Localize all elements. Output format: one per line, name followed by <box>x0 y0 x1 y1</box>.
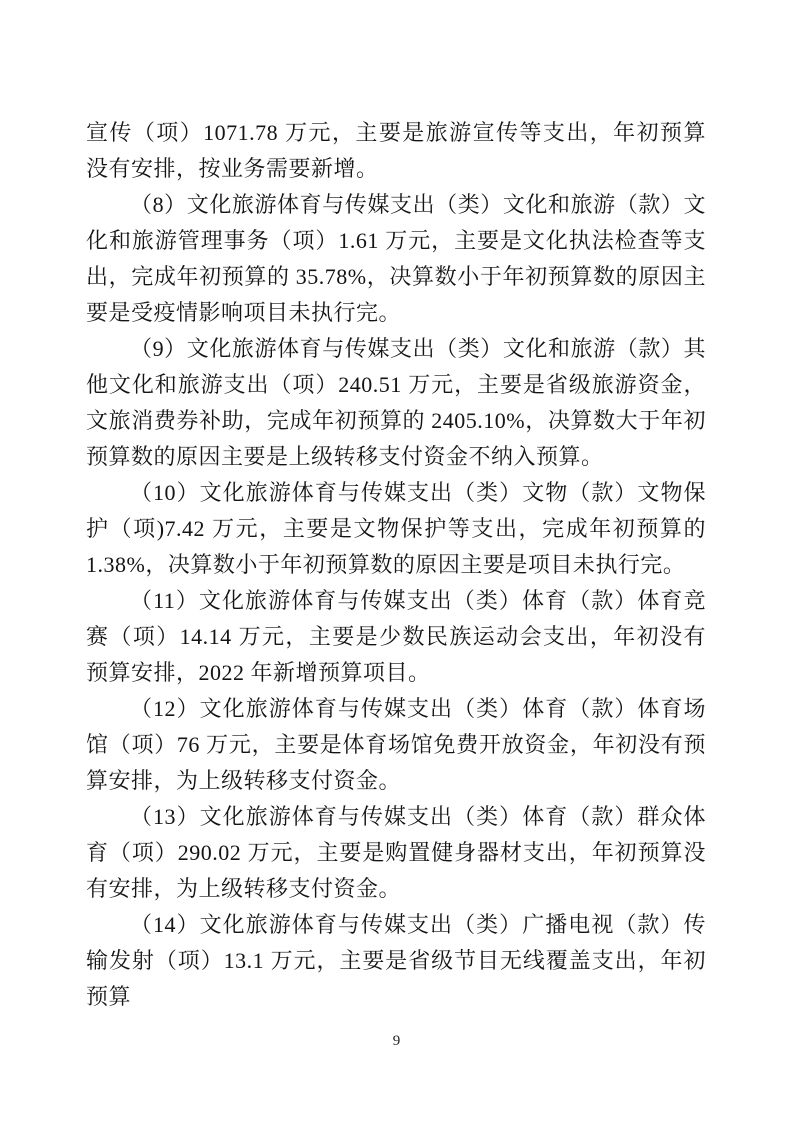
document-page: 宣传（项）1071.78 万元，主要是旅游宣传等支出，年初预算没有安排，按业务需… <box>0 0 793 1122</box>
paragraph-item-13: （13）文化旅游体育与传媒支出（类）体育（款）群众体育（项）290.02 万元，… <box>86 799 706 907</box>
paragraph-item-10: （10）文化旅游体育与传媒支出（类）文物（款）文物保护（项)7.42 万元，主要… <box>86 475 706 583</box>
paragraph-item-9: （9）文化旅游体育与传媒支出（类）文化和旅游（款）其他文化和旅游支出（项）240… <box>86 331 706 475</box>
document-body: 宣传（项）1071.78 万元，主要是旅游宣传等支出，年初预算没有安排，按业务需… <box>86 115 706 1015</box>
page-footer: 9 <box>0 1032 793 1050</box>
page-number: 9 <box>393 1033 401 1049</box>
paragraph-tourism-promotion-continuation: 宣传（项）1071.78 万元，主要是旅游宣传等支出，年初预算没有安排，按业务需… <box>86 115 706 187</box>
paragraph-item-8: （8）文化旅游体育与传媒支出（类）文化和旅游（款）文化和旅游管理事务（项）1.6… <box>86 187 706 331</box>
paragraph-item-12: （12）文化旅游体育与传媒支出（类）体育（款）体育场馆（项）76 万元，主要是体… <box>86 691 706 799</box>
paragraph-item-14: （14）文化旅游体育与传媒支出（类）广播电视（款）传输发射（项）13.1 万元，… <box>86 907 706 1015</box>
paragraph-item-11: （11）文化旅游体育与传媒支出（类）体育（款）体育竞赛（项）14.14 万元，主… <box>86 583 706 691</box>
